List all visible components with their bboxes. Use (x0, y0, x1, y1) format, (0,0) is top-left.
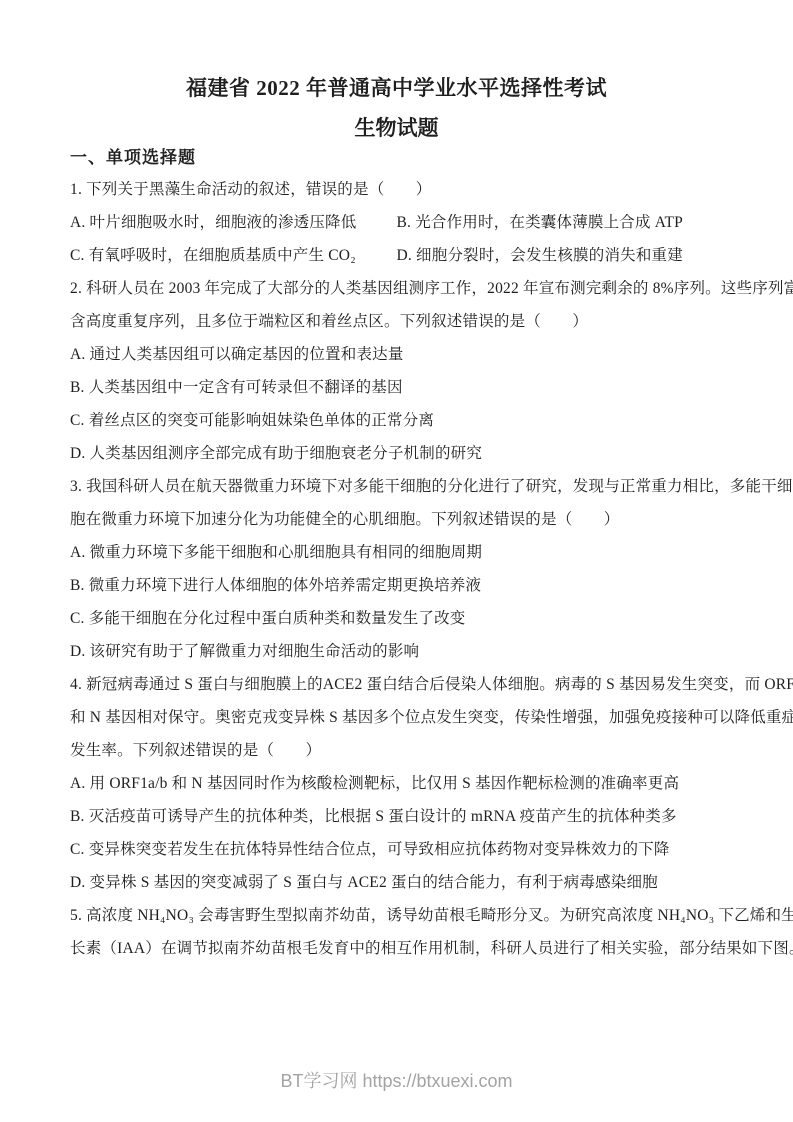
question-1-option-a: A. 叶片细胞吸水时，细胞液的渗透压降低 (70, 206, 397, 239)
question-5: 5. 高浓度 NH₄NO₃ 会毒害野生型拟南芥幼苗，诱导幼苗根毛畸形分叉。为研究… (70, 899, 723, 965)
question-2: 2. 科研人员在 2003 年完成了大部分的人类基因组测序工作，2022 年宣布… (70, 272, 723, 470)
question-3-option-c: C. 多能干细胞在分化过程中蛋白质种类和数量发生了改变 (70, 602, 723, 635)
question-3: 3. 我国科研人员在航天器微重力环境下对多能干细胞的分化进行了研究，发现与正常重… (70, 470, 723, 668)
question-1-option-row-1: A. 叶片细胞吸水时，细胞液的渗透压降低 B. 光合作用时，在类囊体薄膜上合成 … (70, 206, 723, 239)
question-3-option-a: A. 微重力环境下多能干细胞和心肌细胞具有相同的细胞周期 (70, 536, 723, 569)
question-1-option-c: C. 有氧呼吸时，在细胞质基质中产生 CO₂ (70, 239, 397, 272)
question-2-stem-line-1: 2. 科研人员在 2003 年完成了大部分的人类基因组测序工作，2022 年宣布… (70, 272, 723, 305)
question-4-stem-line-3: 发生率。下列叙述错误的是（ ） (70, 734, 723, 767)
exam-subtitle: 生物试题 (70, 113, 723, 143)
question-1-option-b: B. 光合作用时，在类囊体薄膜上合成 ATP (397, 206, 724, 239)
question-2-stem-line-2: 含高度重复序列，且多位于端粒区和着丝点区。下列叙述错误的是（ ） (70, 305, 723, 338)
question-1-option-d: D. 细胞分裂时，会发生核膜的消失和重建 (397, 239, 724, 272)
question-5-stem-line-1: 5. 高浓度 NH₄NO₃ 会毒害野生型拟南芥幼苗，诱导幼苗根毛畸形分叉。为研究… (70, 899, 723, 932)
question-4-option-a: A. 用 ORF1a/b 和 N 基因同时作为核酸检测靶标，比仅用 S 基因作靶… (70, 767, 723, 800)
watermark: BT学习网 https://btxuexi.com (0, 1068, 793, 1094)
question-4-stem-line-1: 4. 新冠病毒通过 S 蛋白与细胞膜上的ACE2 蛋白结合后侵染人体细胞。病毒的… (70, 668, 723, 701)
question-3-stem-line-2: 胞在微重力环境下加速分化为功能健全的心肌细胞。下列叙述错误的是（ ） (70, 503, 723, 536)
question-5-stem-line-2: 长素（IAA）在调节拟南芥幼苗根毛发育中的相互作用机制，科研人员进行了相关实验，… (70, 932, 723, 965)
section-header: 一、单项选择题 (70, 143, 723, 173)
question-4-stem-line-2: 和 N 基因相对保守。奥密克戎变异株 S 基因多个位点发生突变，传染性增强，加强… (70, 701, 723, 734)
question-4-option-c: C. 变异株突变若发生在抗体特异性结合位点，可导致相应抗体药物对变异株效力的下降 (70, 833, 723, 866)
question-4-option-d: D. 变异株 S 基因的突变减弱了 S 蛋白与 ACE2 蛋白的结合能力，有利于… (70, 866, 723, 899)
question-4-option-b: B. 灭活疫苗可诱导产生的抗体种类，比根据 S 蛋白设计的 mRNA 疫苗产生的… (70, 800, 723, 833)
question-1-stem: 1. 下列关于黑藻生命活动的叙述，错误的是（ ） (70, 173, 723, 206)
question-2-option-c: C. 着丝点区的突变可能影响姐妹染色单体的正常分离 (70, 404, 723, 437)
question-2-option-d: D. 人类基因组测序全部完成有助于细胞衰老分子机制的研究 (70, 437, 723, 470)
question-3-option-d: D. 该研究有助于了解微重力对细胞生命活动的影响 (70, 635, 723, 668)
exam-title: 福建省 2022 年普通高中学业水平选择性考试 (70, 73, 723, 103)
exam-paper-page: 福建省 2022 年普通高中学业水平选择性考试 生物试题 一、单项选择题 1. … (0, 0, 793, 1122)
question-1: 1. 下列关于黑藻生命活动的叙述，错误的是（ ） A. 叶片细胞吸水时，细胞液的… (70, 173, 723, 272)
question-3-stem-line-1: 3. 我国科研人员在航天器微重力环境下对多能干细胞的分化进行了研究，发现与正常重… (70, 470, 723, 503)
question-3-option-b: B. 微重力环境下进行人体细胞的体外培养需定期更换培养液 (70, 569, 723, 602)
question-1-option-row-2: C. 有氧呼吸时，在细胞质基质中产生 CO₂ D. 细胞分裂时，会发生核膜的消失… (70, 239, 723, 272)
question-2-option-a: A. 通过人类基因组可以确定基因的位置和表达量 (70, 338, 723, 371)
question-2-option-b: B. 人类基因组中一定含有可转录但不翻译的基因 (70, 371, 723, 404)
question-4: 4. 新冠病毒通过 S 蛋白与细胞膜上的ACE2 蛋白结合后侵染人体细胞。病毒的… (70, 668, 723, 899)
